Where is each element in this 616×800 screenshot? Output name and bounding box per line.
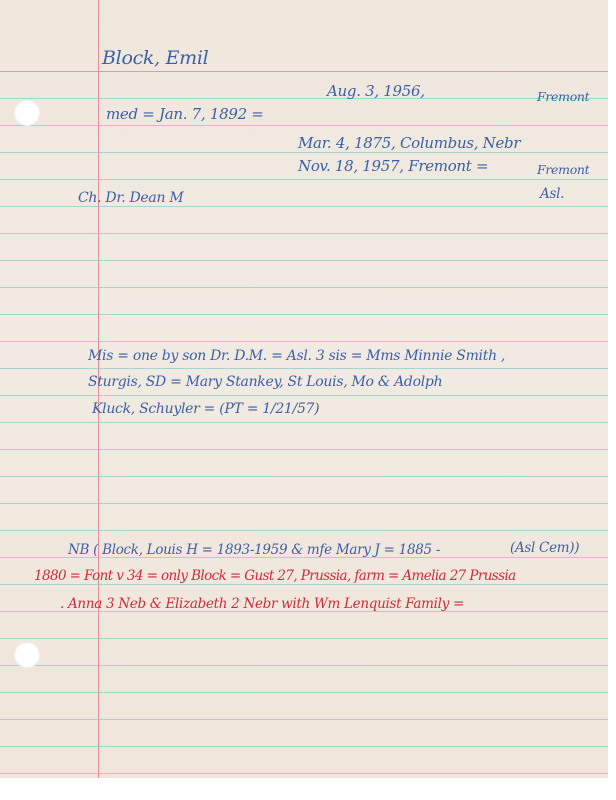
ruled-line (0, 179, 608, 180)
birth-info: Mar. 4, 1875, Columbus, Nebr (298, 134, 520, 152)
ruled-line (0, 233, 608, 234)
ruled-line (0, 584, 608, 585)
ruled-line (0, 746, 608, 747)
person-name: Block, Emil (102, 47, 208, 69)
ruled-line (0, 368, 608, 369)
ruled-line (0, 422, 608, 423)
ruled-line (0, 152, 608, 153)
ruled-line (0, 476, 608, 477)
cemetery: Asl. (540, 186, 564, 202)
survivors-line-1: Mis = one by son Dr. D.M. = Asl. 3 sis =… (88, 348, 505, 364)
survivors-line-3: Kluck, Schuyler = (PT = 1/21/57) (92, 401, 319, 417)
ruled-line (0, 287, 608, 288)
ruled-line (0, 719, 608, 720)
ruled-line (0, 206, 608, 207)
ruled-line (0, 530, 608, 531)
marriage-date: med = Jan. 7, 1892 = (106, 105, 264, 123)
note-blue-line-end: (Asl Cem)) (510, 540, 579, 556)
punch-hole (14, 100, 40, 126)
death-date: Aug. 3, 1956, (327, 82, 425, 100)
ruled-line (0, 665, 608, 666)
ruled-line (0, 503, 608, 504)
note-red-line-1: 1880 = Font v 34 = only Block = Gust 27,… (34, 568, 516, 584)
church-info: Ch. Dr. Dean M (78, 190, 183, 206)
ruled-line (0, 314, 608, 315)
ruled-line (0, 260, 608, 261)
burial-place: Fremont (537, 162, 589, 177)
survivors-line-2: Sturgis, SD = Mary Stankey, St Louis, Mo… (88, 374, 442, 390)
ruled-line (0, 98, 608, 99)
notebook-page: Block, Emil Aug. 3, 1956, Fremont med = … (0, 0, 608, 778)
ruled-line (0, 638, 608, 639)
punch-hole (14, 642, 40, 668)
ruled-line (0, 773, 608, 774)
ruled-line (0, 692, 608, 693)
note-red-line-2: . Anna 3 Neb & Elizabeth 2 Nebr with Wm … (60, 596, 464, 612)
ruled-line (0, 395, 608, 396)
ruled-line (0, 125, 608, 126)
ruled-line (0, 449, 608, 450)
burial-info: Nov. 18, 1957, Fremont = (298, 157, 488, 175)
death-place: Fremont (537, 89, 589, 104)
ruled-line (0, 341, 608, 342)
top-rule (0, 71, 608, 72)
note-blue-line: NB ( Block, Louis H = 1893-1959 & mfe Ma… (68, 542, 440, 558)
